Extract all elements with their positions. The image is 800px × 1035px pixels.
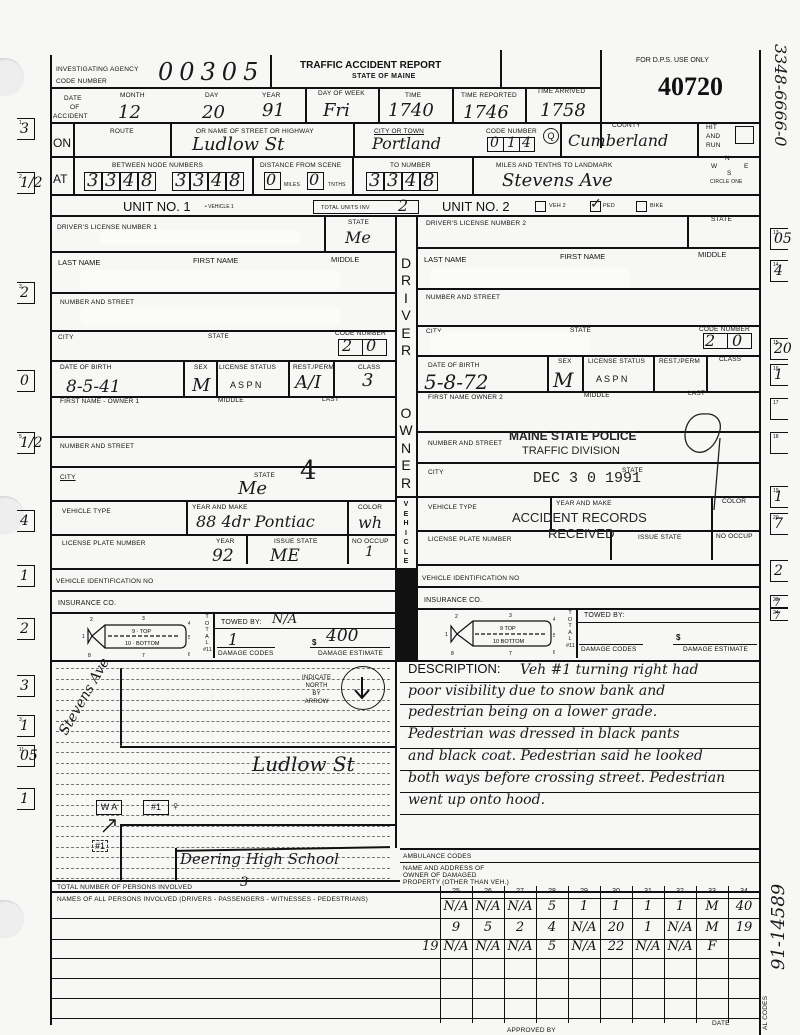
u1-owner-state-value[interactable]: Me [238,478,267,499]
u1-total-label: TOTAL#11 [203,614,211,653]
diagram-grid-line [56,689,390,690]
u1-color-label: COLOR [358,504,382,511]
margin-code-box[interactable]: 1305 [770,228,788,250]
u1-middle-label: MIDDLE [331,255,359,264]
u1-city-label: CITY [58,334,74,341]
compass-n[interactable]: N [725,155,730,162]
time-arrived-label: TIME ARRIVED [537,88,585,95]
route-label: ROUTE [110,128,134,135]
margin-code-box[interactable]: 1105 [17,745,35,767]
u1-damage-codes-label: DAMAGE CODES [218,650,274,657]
diagram-grid-line [56,784,390,785]
dow-label: DAY OF WEEK [318,90,365,97]
u2-city-state-label: STATE [570,327,591,334]
u2-owner-middle-label: MIDDLE [584,392,610,399]
svg-text:7: 7 [142,653,145,659]
agency-code-label: CODE NUMBER [56,78,107,85]
table-column-header: 34 [728,888,760,895]
veh2-checkbox[interactable] [535,201,546,212]
margin-code-box[interactable]: 1 [17,788,35,810]
margin-code-box[interactable]: 32 [17,282,35,304]
agency-code-value[interactable]: 00305 [158,58,264,86]
table-column-header: 29 [568,888,600,895]
u2-last-name-label: LAST NAME [424,255,466,264]
digit-box: 8 [226,172,244,191]
description-line: went up onto hood. [408,792,545,808]
code-number-label: CODE NUMBER [486,128,537,135]
u1-color-value[interactable]: wh [358,513,382,532]
digit-box: 3 [190,172,208,191]
landmark-value[interactable]: Stevens Ave [502,170,613,191]
description-line: pedestrian being on a lower grade. [408,704,657,720]
names-all-persons-label: NAMES OF ALL PERSONS INVOLVED (DRIVERS -… [57,896,368,903]
u2-city-redacted[interactable] [430,332,590,354]
svg-text:3: 3 [142,616,145,622]
margin-note-top: 3348-6666-0 [771,44,790,146]
table-cell[interactable]: 19 [728,920,760,935]
u2-issue-state-label: ISSUE STATE [638,534,682,541]
diagram-grid-line [56,794,390,795]
margin-code-box[interactable]: 31 [17,715,35,737]
u1-name-redacted[interactable] [80,270,340,290]
u2-rest-label: REST./PERM [659,358,700,365]
table-cell[interactable]: 4 [536,920,568,935]
u1-rest-value[interactable]: A/I [295,372,321,393]
compass-w[interactable]: W [711,163,717,170]
table-column-header: 27 [504,888,536,895]
time-reported-label: TIME REPORTED [461,92,517,99]
u1-plate-label: LICENSE PLATE NUMBER [62,540,146,547]
table-column-header: 30 [600,888,632,895]
city-code-digit: 1 [507,135,516,151]
circle-one-label: CIRCLE ONE [710,179,743,185]
digit-box: 3 [384,172,402,191]
svg-text:2: 2 [90,617,93,623]
u1-owner-street-label: NUMBER AND STREET [60,443,134,450]
on-label: ON [53,136,71,150]
digit-box: 3 [102,172,120,191]
u1-dollar-sign: $ [312,638,316,647]
north-arrow-circle[interactable] [341,666,385,710]
hit-run-label: AND [706,133,720,140]
margin-code-box[interactable]: 2 [770,560,788,582]
diagram-grid-line [56,878,390,879]
table-cell[interactable]: 22 [600,939,632,954]
punch-hole [0,900,24,938]
hit-run-label: RUN [706,142,721,149]
u2-owner-city-label: CITY [428,469,444,476]
county-value[interactable]: Cumberland [568,131,668,150]
form-subtitle: STATE OF MAINE [352,73,416,80]
margin-code-box[interactable]: 18 [770,432,788,454]
tenths-label: TNTHS [328,182,346,188]
ped-label: PED [603,203,615,209]
digit-box: 8 [420,172,438,191]
diagram-grid-line [56,721,390,722]
table-cell[interactable]: N/A [568,939,600,954]
time-value[interactable]: 1740 [388,100,434,121]
u1-vehicle-type-label: VEHICLE TYPE [62,508,111,515]
table-cell[interactable]: 2 [504,920,536,935]
unit1-sub: • VEHICLE 1 [205,204,234,210]
month-value[interactable]: 12 [118,102,141,123]
digit-box: 4 [120,172,138,191]
svg-text:8: 8 [88,653,91,659]
table-cell[interactable]: 9 [440,920,472,935]
ambulance-codes-label: AMBULANCE CODES [403,853,471,860]
margin-code-box[interactable]: 51/2 [17,432,35,454]
separator-bar [397,568,416,660]
u1-code-digit: 0 [366,336,376,355]
table-cell[interactable]: 40 [728,899,760,914]
time-label: TIME [405,92,421,99]
svg-text:2: 2 [455,614,458,620]
u1-damage-estimate-label: DAMAGE ESTIMATE [318,650,383,657]
u1-city-state-label: STATE [208,333,229,340]
u1-license-status-label: LICENSE STATUS [219,364,276,371]
svg-text:3: 3 [509,613,512,619]
svg-text:1: 1 [82,634,85,640]
table-cell[interactable]: N/A [664,939,696,954]
table-cell[interactable]: 5 [536,939,568,954]
table-cell[interactable]: N/A [440,899,472,914]
svg-text:9 · TOP: 9 · TOP [132,629,151,635]
u1-owner-last-label: LAST [322,396,339,403]
margin-code-box[interactable]: 4 [17,510,35,532]
city-code-digit: 0 [490,135,499,151]
landmark-label: MILES AND TENTHS TO LANDMARK [496,162,613,169]
margin-code-box[interactable]: 3 [17,675,35,697]
total-units-value: 2 [398,196,408,215]
margin-code-box[interactable]: 207 [770,513,788,535]
table-cell[interactable]: 1 [632,899,664,914]
svg-text:8: 8 [451,651,454,657]
table-cell[interactable]: 1 [664,899,696,914]
hit-and-run-checkbox[interactable] [735,126,754,144]
total-persons-label: TOTAL NUMBER OF PERSONS INVOLVED [57,884,192,891]
time-reported-value[interactable]: 1746 [463,102,509,123]
diagram-vehicle-box[interactable]: W A [96,800,122,815]
u1-occupants-value[interactable]: 1 [365,544,374,560]
bike-checkbox[interactable] [636,201,647,212]
digit-box: 4 [402,172,420,191]
county-label: COUNTY [612,122,641,129]
margin-note-bottom: 91-14589 [768,884,789,970]
u1-owner-city-label: CITY [60,474,76,481]
svg-text:4: 4 [553,617,555,623]
u2-damage-estimate-label: DAMAGE ESTIMATE [683,646,748,653]
u1-sex-label: SEX [194,364,208,371]
u1-towed-value[interactable]: N/A [272,612,297,627]
agency-label: INVESTIGATING AGENCY [56,66,139,73]
u2-code-digit: 0 [732,331,742,350]
city-code-digit: 4 [522,135,531,151]
street-value[interactable]: Ludlow St [192,134,284,155]
u1-class-value[interactable]: 3 [362,370,373,391]
bike-label: BIKE [650,203,663,209]
u2-first-name-label: FIRST NAME [560,252,605,261]
svg-text:5: 5 [553,633,555,639]
north-arrow-label: INDICATENORTHBYARROW [302,674,331,706]
u1-last-name-label: LAST NAME [58,258,100,267]
approved-by-label: APPROVED BY [507,1027,556,1034]
dps-number: 40720 [658,72,723,102]
property-owner-label: NAME AND ADDRESS OFOWNER OF DAMAGEDPROPE… [403,865,509,886]
u2-plate-label: LICENSE PLATE NUMBER [428,536,512,543]
description-line: and black coat. Pedestrian said he looke… [408,748,703,764]
compass-e[interactable]: E [744,163,749,170]
table-column-header: 26 [472,888,504,895]
table-cell[interactable]: 20 [600,920,632,935]
unit1-header: UNIT NO. 1 [123,199,191,214]
u1-rest-label: REST./PERM [293,364,334,371]
u2-license-label: DRIVER'S LICENSE NUMBER 2 [426,220,526,227]
codes-label: AL CODES [762,996,769,1030]
digit-box: 3 [84,172,102,191]
table-cell[interactable]: 1 [632,920,664,935]
north-arrow-icon [342,667,384,709]
date-label: ACCIDENT [53,113,88,120]
date-label-bottom: DATE [712,1020,730,1027]
table-cell[interactable]: N/A [504,899,536,914]
total-persons-value[interactable]: 3 [240,875,248,890]
u1-street-redacted[interactable] [80,307,340,325]
diagram-unit-marker: #1 [92,840,108,852]
u1-dob-label: DATE OF BIRTH [60,364,111,371]
u1-issue-state-value[interactable]: ME [270,546,300,566]
at-label: AT [53,172,67,186]
u2-name-redacted[interactable] [430,268,630,288]
table-cell[interactable]: F [696,939,728,954]
to-number-label: TO NUMBER [390,162,431,169]
diagram-grid-line [56,742,390,743]
diagram-grid-line [56,731,390,732]
margin-code-box[interactable]: 13 [17,118,35,140]
u2-street-label: NUMBER AND STREET [426,294,500,301]
u2-license-status-options[interactable]: A S P N [596,374,627,384]
svg-text:5: 5 [188,635,190,641]
table-cell[interactable]: N/A [632,939,664,954]
u1-license-value-redacted[interactable] [100,230,300,244]
u2-sex-label: SEX [558,358,572,365]
u1-damage-estimate-value[interactable]: 400 [326,626,358,646]
u1-issue-state-label: ISSUE STATE [274,538,318,545]
margin-code-box[interactable]: 1520 [770,338,788,360]
u2-owner-first-label: FIRST NAME OWNER 2 [428,394,503,401]
diagram-street-main: Ludlow St [252,752,355,776]
margin-code-box[interactable]: 2 [17,618,35,640]
description-line: both ways before crossing street. Pedest… [408,770,725,786]
description-line: poor visibility due to snow bank and [408,683,665,699]
table-cell[interactable]: N/A [472,899,504,914]
table-cell[interactable]: N/A [472,939,504,954]
margin-code-box[interactable]: 21/2 [17,172,35,194]
table-column-header: 33 [696,888,728,895]
svg-text:7: 7 [509,651,512,657]
u1-code-digit: 2 [342,336,352,355]
diagram-pedestrian-icon: ♀ [171,799,180,813]
table-cell[interactable]: 1 [568,899,600,914]
table-cell[interactable]: M [696,899,728,914]
table-cell[interactable]: N/A [664,920,696,935]
u1-street-label: NUMBER AND STREET [60,299,134,306]
ped-checkbox[interactable]: ✓ [590,201,601,212]
description-label: DESCRIPTION: [408,661,500,676]
u2-dollar-sign: $ [676,633,680,642]
svg-text:10 BOTTOM: 10 BOTTOM [493,639,524,645]
u2-code-digit: 2 [705,331,715,350]
diagram-grid-line [56,836,390,837]
u2-owner-street-label: NUMBER AND STREET [428,440,502,447]
margin-code-box[interactable]: 161 [770,364,788,386]
u1-license-status-options[interactable]: A S P N [230,380,261,390]
u2-middle-label: MIDDLE [698,250,726,259]
u1-damage-diagram[interactable]: 9 · TOP 10 · BOTTOM 234 15 876 [80,612,190,660]
miles-value: 0 [266,170,276,189]
margin-code-box[interactable]: 237 [770,595,788,608]
table-column-header: 28 [536,888,568,895]
u2-sex-value[interactable]: M [553,368,573,392]
date-label: DATE [64,95,82,102]
table-cell[interactable]: N/A [440,939,472,954]
diagram-grid-line [56,700,390,701]
u2-total-label: TOTAL#11 [566,610,574,649]
u1-state-label: STATE [348,219,369,226]
tenths-value: 0 [309,170,319,189]
svg-text:9 TOP: 9 TOP [500,626,516,632]
table-cell[interactable]: 5 [536,899,568,914]
hit-run-label: HIT [706,124,717,131]
svg-text:4: 4 [188,621,190,627]
year-value[interactable]: 91 [262,100,285,121]
total-units-label: TOTAL UNITS INV [321,205,370,211]
description-line: Pedestrian was dressed in black pants [408,726,680,742]
node-numbers-label: BETWEEN NODE NUMBERS [112,162,203,169]
svg-text:1: 1 [445,632,448,638]
month-label: MONTH [120,92,145,99]
diagram-grid-line [56,710,390,711]
form-title: TRAFFIC ACCIDENT REPORT [300,60,441,71]
distance-label: DISTANCE FROM SCENE [260,162,341,169]
u1-owner-annotation: 4 [300,456,317,486]
u1-first-name-label: FIRST NAME [193,256,238,265]
u1-sex-value[interactable]: M [192,375,210,396]
table-column-header: 31 [632,888,664,895]
date-label: OF [70,104,79,111]
veh2-label: VEH 2 [549,203,566,209]
description-line: Veh #1 turning right had [520,662,698,678]
day-label: DAY [205,92,218,99]
margin-code-box[interactable]: 17 [770,398,788,420]
svg-text:6: 6 [188,652,190,658]
table-cell[interactable]: 1 [600,899,632,914]
svg-text:6: 6 [553,650,555,656]
u2-license-status-label: LICENSE STATUS [588,358,645,365]
table-cell[interactable]: M [696,920,728,935]
table-column-header: 32 [664,888,696,895]
city-value[interactable]: Portland [372,134,441,153]
diagram-vehicle1-box[interactable]: #1 [143,800,169,815]
margin-code-box[interactable]: 144 [770,260,788,282]
u2-damage-diagram[interactable]: 9 TOP 10 BOTTOM 234 15 876 [445,608,555,658]
u1-year-make-value[interactable]: 88 4dr Pontiac [196,512,315,531]
diagram-grid-line [56,679,390,680]
compass-s[interactable]: S [727,170,732,177]
u1-state-value[interactable]: Me [345,228,371,247]
u1-towed-label: TOWED BY: [221,619,262,626]
margin-code-box[interactable]: 0 [17,370,35,392]
dps-label: FOR D.P.S. USE ONLY [636,57,709,64]
day-value[interactable]: 20 [202,102,225,123]
time-arrived-value[interactable]: 1758 [540,100,586,121]
row-prefix: 19 [422,939,439,954]
u2-insurance-label: INSURANCE CO. [424,597,482,604]
diagram-arrow-icon [100,815,120,835]
u1-insurance-label: INSURANCE CO. [58,600,116,607]
miles-label: MILES [284,182,300,188]
year-label: YEAR [262,92,281,99]
u2-vehicle-type-label: VEHICLE TYPE [428,504,477,511]
digit-box: 3 [172,172,190,191]
u1-vin-label: VEHICLE IDENTIFICATION NO [56,578,153,585]
u1-year-make-label: YEAR AND MAKE [192,504,248,511]
digit-box: 8 [138,172,156,191]
u2-damage-codes-label: DAMAGE CODES [581,646,637,653]
digit-box: 4 [208,172,226,191]
margin-code-box[interactable]: 1 [17,565,35,587]
u1-plate-year-value[interactable]: 92 [212,546,234,566]
u1-owner-middle-label: MIDDLE [218,397,244,404]
u2-class-label: CLASS [719,356,741,363]
u2-year-make-label: YEAR AND MAKE [556,500,612,507]
u2-vin-label: VEHICLE IDENTIFICATION NO [422,575,519,582]
u2-dob-label: DATE OF BIRTH [428,362,479,369]
svg-text:10 · BOTTOM: 10 · BOTTOM [125,641,160,647]
u2-owner-last-label: LAST [688,390,705,397]
u1-owner-first-label: FIRST NAME - OWNER 1 [60,398,139,405]
u1-plate-year-label: YEAR [216,538,235,545]
table-cell[interactable]: N/A [504,939,536,954]
unit2-header: UNIT NO. 2 [442,199,510,214]
u1-dob-value[interactable]: 8-5-41 [66,377,121,397]
margin-code-box[interactable]: 247 [770,608,788,621]
u2-occupants-label: NO OCCUP [716,533,753,540]
diagram-landmark: Deering High School [180,850,339,868]
punch-hole [0,58,24,96]
table-cell[interactable]: 5 [472,920,504,935]
table-column-header: 25 [440,888,472,895]
dow-value[interactable]: Fri [323,100,350,121]
margin-code-box[interactable]: 191 [770,486,788,508]
digit-box: 3 [366,172,384,191]
u2-towed-label: TOWED BY: [584,612,625,619]
u2-state-label: STATE [711,216,732,223]
code-suffix-circled: Q [543,128,559,144]
table-cell[interactable]: N/A [568,920,600,935]
